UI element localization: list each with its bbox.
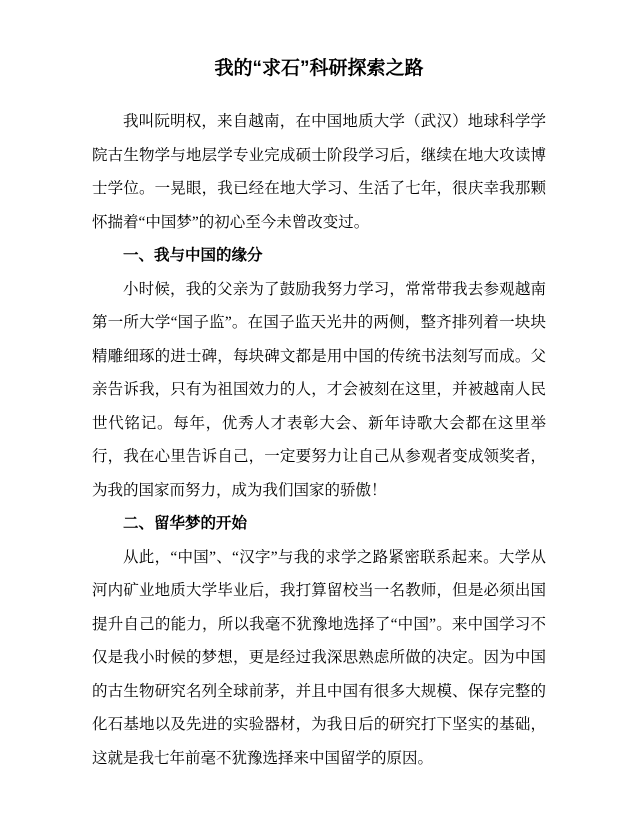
- document-body: 我叫阮明权，来自越南，在中国地质大学（武汉）地球科学学院古生物学与地层学专业完成…: [92, 105, 546, 775]
- paragraph-section-2: 从此，“中国”、“汉字”与我的求学之路紧密联系起来。大学从河内矿业地质大学毕业后…: [92, 541, 546, 776]
- section-heading-1: 一、我与中国的缘分: [92, 239, 546, 273]
- section-heading-2: 二、留华梦的开始: [92, 507, 546, 541]
- document-page: 我的“求石”科研探索之路 我叫阮明权，来自越南，在中国地质大学（武汉）地球科学学…: [0, 0, 638, 815]
- document-title: 我的“求石”科研探索之路: [92, 55, 546, 83]
- paragraph-intro: 我叫阮明权，来自越南，在中国地质大学（武汉）地球科学学院古生物学与地层学专业完成…: [92, 105, 546, 239]
- paragraph-section-1: 小时候，我的父亲为了鼓励我努力学习，常常带我去参观越南第一所大学“国子监”。在国…: [92, 273, 546, 508]
